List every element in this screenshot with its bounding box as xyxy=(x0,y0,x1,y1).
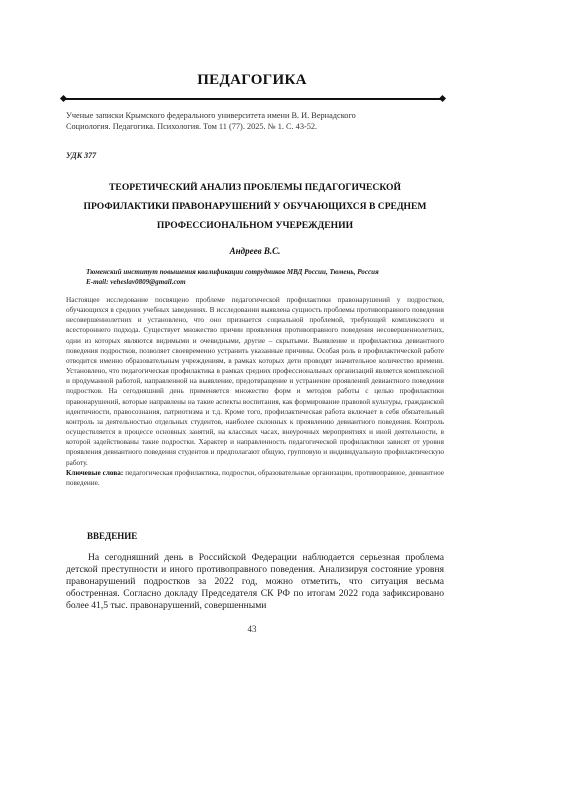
author-email: E-mail: veheslav0809@gmail.com xyxy=(86,278,446,288)
keywords-label: Ключевые слова: xyxy=(66,469,125,477)
section-heading: ПЕДАГОГИКА xyxy=(0,72,504,89)
udk-code: УДК 377 xyxy=(66,151,96,160)
keywords: Ключевые слова: педагогическая профилакт… xyxy=(66,468,444,488)
journal-citation: Ученые записки Крымского федерального ун… xyxy=(66,111,446,132)
introduction-heading: ВВЕДЕНИЕ xyxy=(87,531,137,541)
introduction-paragraph: На сегодняшний день в Российской Федерац… xyxy=(66,552,444,612)
journal-volume-info: Социология. Педагогика. Психология. Том … xyxy=(66,122,446,133)
paper-page: ПЕДАГОГИКА Ученые записки Крымского феде… xyxy=(0,0,566,800)
article-title: ТЕОРЕТИЧЕСКИЙ АНАЛИЗ ПРОБЛЕМЫ ПЕДАГОГИЧЕ… xyxy=(66,178,444,235)
page-number: 43 xyxy=(0,624,504,634)
affiliation: Тюменский институт повышения квалификаци… xyxy=(86,268,446,278)
header-divider xyxy=(64,98,442,100)
author-affiliation-block: Тюменский институт повышения квалификаци… xyxy=(86,268,446,287)
author-name: Андреев В.С. xyxy=(66,246,444,256)
journal-name: Ученые записки Крымского федерального ун… xyxy=(66,111,446,122)
abstract: Настоящее исследование посвящено проблем… xyxy=(66,295,444,468)
